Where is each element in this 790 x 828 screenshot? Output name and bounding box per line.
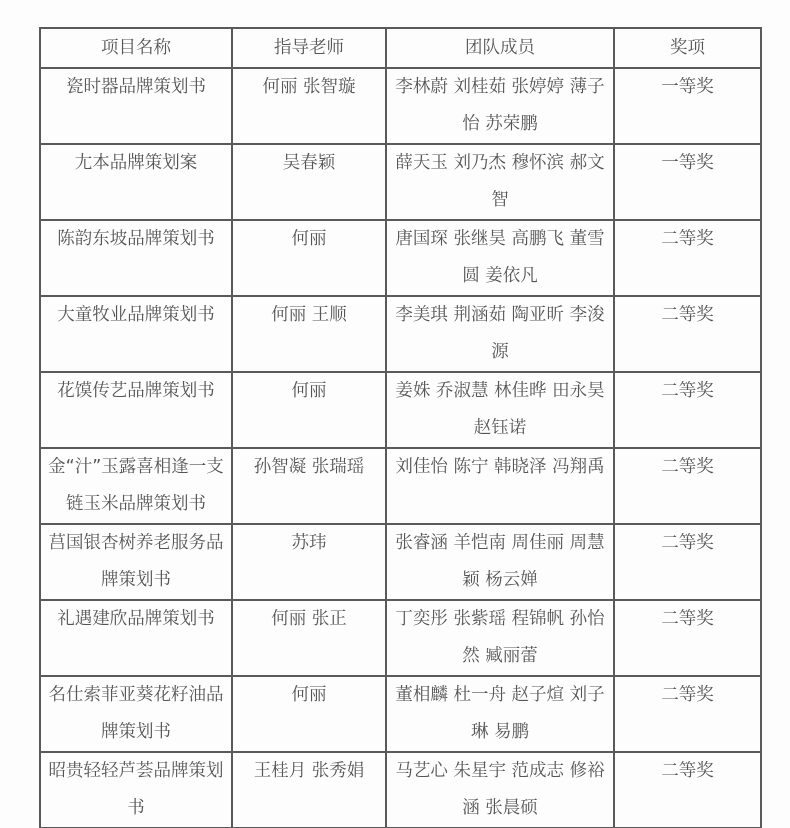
header-award: 奖项 <box>614 28 761 68</box>
advisor-cell: 何丽 张智璇 <box>232 68 386 144</box>
members-cell: 李林蔚 刘桂茹 张婷婷 薄子怡 苏荣鹏 <box>386 68 614 144</box>
advisor-cell: 何丽 <box>232 220 386 296</box>
project-name-cell: 瓷时器品牌策划书 <box>40 68 232 144</box>
advisor-cell: 何丽 王顺 <box>232 296 386 372</box>
project-name-cell: 名仕索菲亚葵花籽油品牌策划书 <box>40 676 232 752</box>
header-project-name: 项目名称 <box>40 28 232 68</box>
award-cell: 二等奖 <box>614 524 761 600</box>
table-row: 礼遇建欣品牌策划书 何丽 张正 丁奕彤 张紫瑶 程锦帆 孙怡然 臧丽蕾 二等奖 <box>40 600 761 676</box>
table-row: 瓷时器品牌策划书 何丽 张智璇 李林蔚 刘桂茹 张婷婷 薄子怡 苏荣鹏 一等奖 <box>40 68 761 144</box>
members-cell: 姜姝 乔淑慧 林佳晔 田永昊 赵钰诺 <box>386 372 614 448</box>
award-cell: 二等奖 <box>614 296 761 372</box>
members-cell: 李美琪 荆涵茹 陶亚昕 李浚源 <box>386 296 614 372</box>
table-row: 陈韵东坡品牌策划书 何丽 唐国琛 张继昊 高鹏飞 董雪圆 姜依凡 二等奖 <box>40 220 761 296</box>
header-team-members: 团队成员 <box>386 28 614 68</box>
table-row: 昭贵轻轻芦荟品牌策划书 王桂月 张秀娟 马艺心 朱星宇 范成志 修裕涵 张晨硕 … <box>40 752 761 828</box>
header-advisor: 指导老师 <box>232 28 386 68</box>
project-name-cell: 花馍传艺品牌策划书 <box>40 372 232 448</box>
members-cell: 马艺心 朱星宇 范成志 修裕涵 张晨硕 <box>386 752 614 828</box>
members-cell: 董相麟 杜一舟 赵子煊 刘子琳 易鹏 <box>386 676 614 752</box>
award-cell: 一等奖 <box>614 68 761 144</box>
award-cell: 二等奖 <box>614 600 761 676</box>
award-cell: 二等奖 <box>614 752 761 828</box>
members-cell: 刘佳怡 陈宁 韩晓泽 冯翔禹 <box>386 448 614 524</box>
project-name-cell: 莒国银杏树养老服务品牌策划书 <box>40 524 232 600</box>
project-name-cell: 大童牧业品牌策划书 <box>40 296 232 372</box>
members-cell: 唐国琛 张继昊 高鹏飞 董雪圆 姜依凡 <box>386 220 614 296</box>
table-row: 尢本品牌策划案 吴春颖 薛天玉 刘乃杰 穆怀滨 郝文智 一等奖 <box>40 144 761 220</box>
award-cell: 二等奖 <box>614 220 761 296</box>
advisor-cell: 孙智凝 张瑞瑶 <box>232 448 386 524</box>
advisor-cell: 吴春颖 <box>232 144 386 220</box>
award-cell: 一等奖 <box>614 144 761 220</box>
table-row: 莒国银杏树养老服务品牌策划书 苏玮 张睿涵 羊恺南 周佳丽 周慧颖 杨云婵 二等… <box>40 524 761 600</box>
advisor-cell: 何丽 <box>232 676 386 752</box>
award-cell: 二等奖 <box>614 372 761 448</box>
table-row: 大童牧业品牌策划书 何丽 王顺 李美琪 荆涵茹 陶亚昕 李浚源 二等奖 <box>40 296 761 372</box>
project-name-cell: 昭贵轻轻芦荟品牌策划书 <box>40 752 232 828</box>
awards-table: 项目名称 指导老师 团队成员 奖项 瓷时器品牌策划书 何丽 张智璇 李林蔚 刘桂… <box>39 27 762 828</box>
project-name-cell: 礼遇建欣品牌策划书 <box>40 600 232 676</box>
members-cell: 薛天玉 刘乃杰 穆怀滨 郝文智 <box>386 144 614 220</box>
award-cell: 二等奖 <box>614 448 761 524</box>
table-row: 名仕索菲亚葵花籽油品牌策划书 何丽 董相麟 杜一舟 赵子煊 刘子琳 易鹏 二等奖 <box>40 676 761 752</box>
advisor-cell: 苏玮 <box>232 524 386 600</box>
members-cell: 丁奕彤 张紫瑶 程锦帆 孙怡然 臧丽蕾 <box>386 600 614 676</box>
advisor-cell: 王桂月 张秀娟 <box>232 752 386 828</box>
advisor-cell: 何丽 <box>232 372 386 448</box>
project-name-cell: 尢本品牌策划案 <box>40 144 232 220</box>
table-row: 金“汁”玉露喜相逢一支链玉米品牌策划书 孙智凝 张瑞瑶 刘佳怡 陈宁 韩晓泽 冯… <box>40 448 761 524</box>
project-name-cell: 陈韵东坡品牌策划书 <box>40 220 232 296</box>
award-cell: 二等奖 <box>614 676 761 752</box>
header-row: 项目名称 指导老师 团队成员 奖项 <box>40 28 761 68</box>
members-cell: 张睿涵 羊恺南 周佳丽 周慧颖 杨云婵 <box>386 524 614 600</box>
table-row: 花馍传艺品牌策划书 何丽 姜姝 乔淑慧 林佳晔 田永昊 赵钰诺 二等奖 <box>40 372 761 448</box>
advisor-cell: 何丽 张正 <box>232 600 386 676</box>
project-name-cell: 金“汁”玉露喜相逢一支链玉米品牌策划书 <box>40 448 232 524</box>
